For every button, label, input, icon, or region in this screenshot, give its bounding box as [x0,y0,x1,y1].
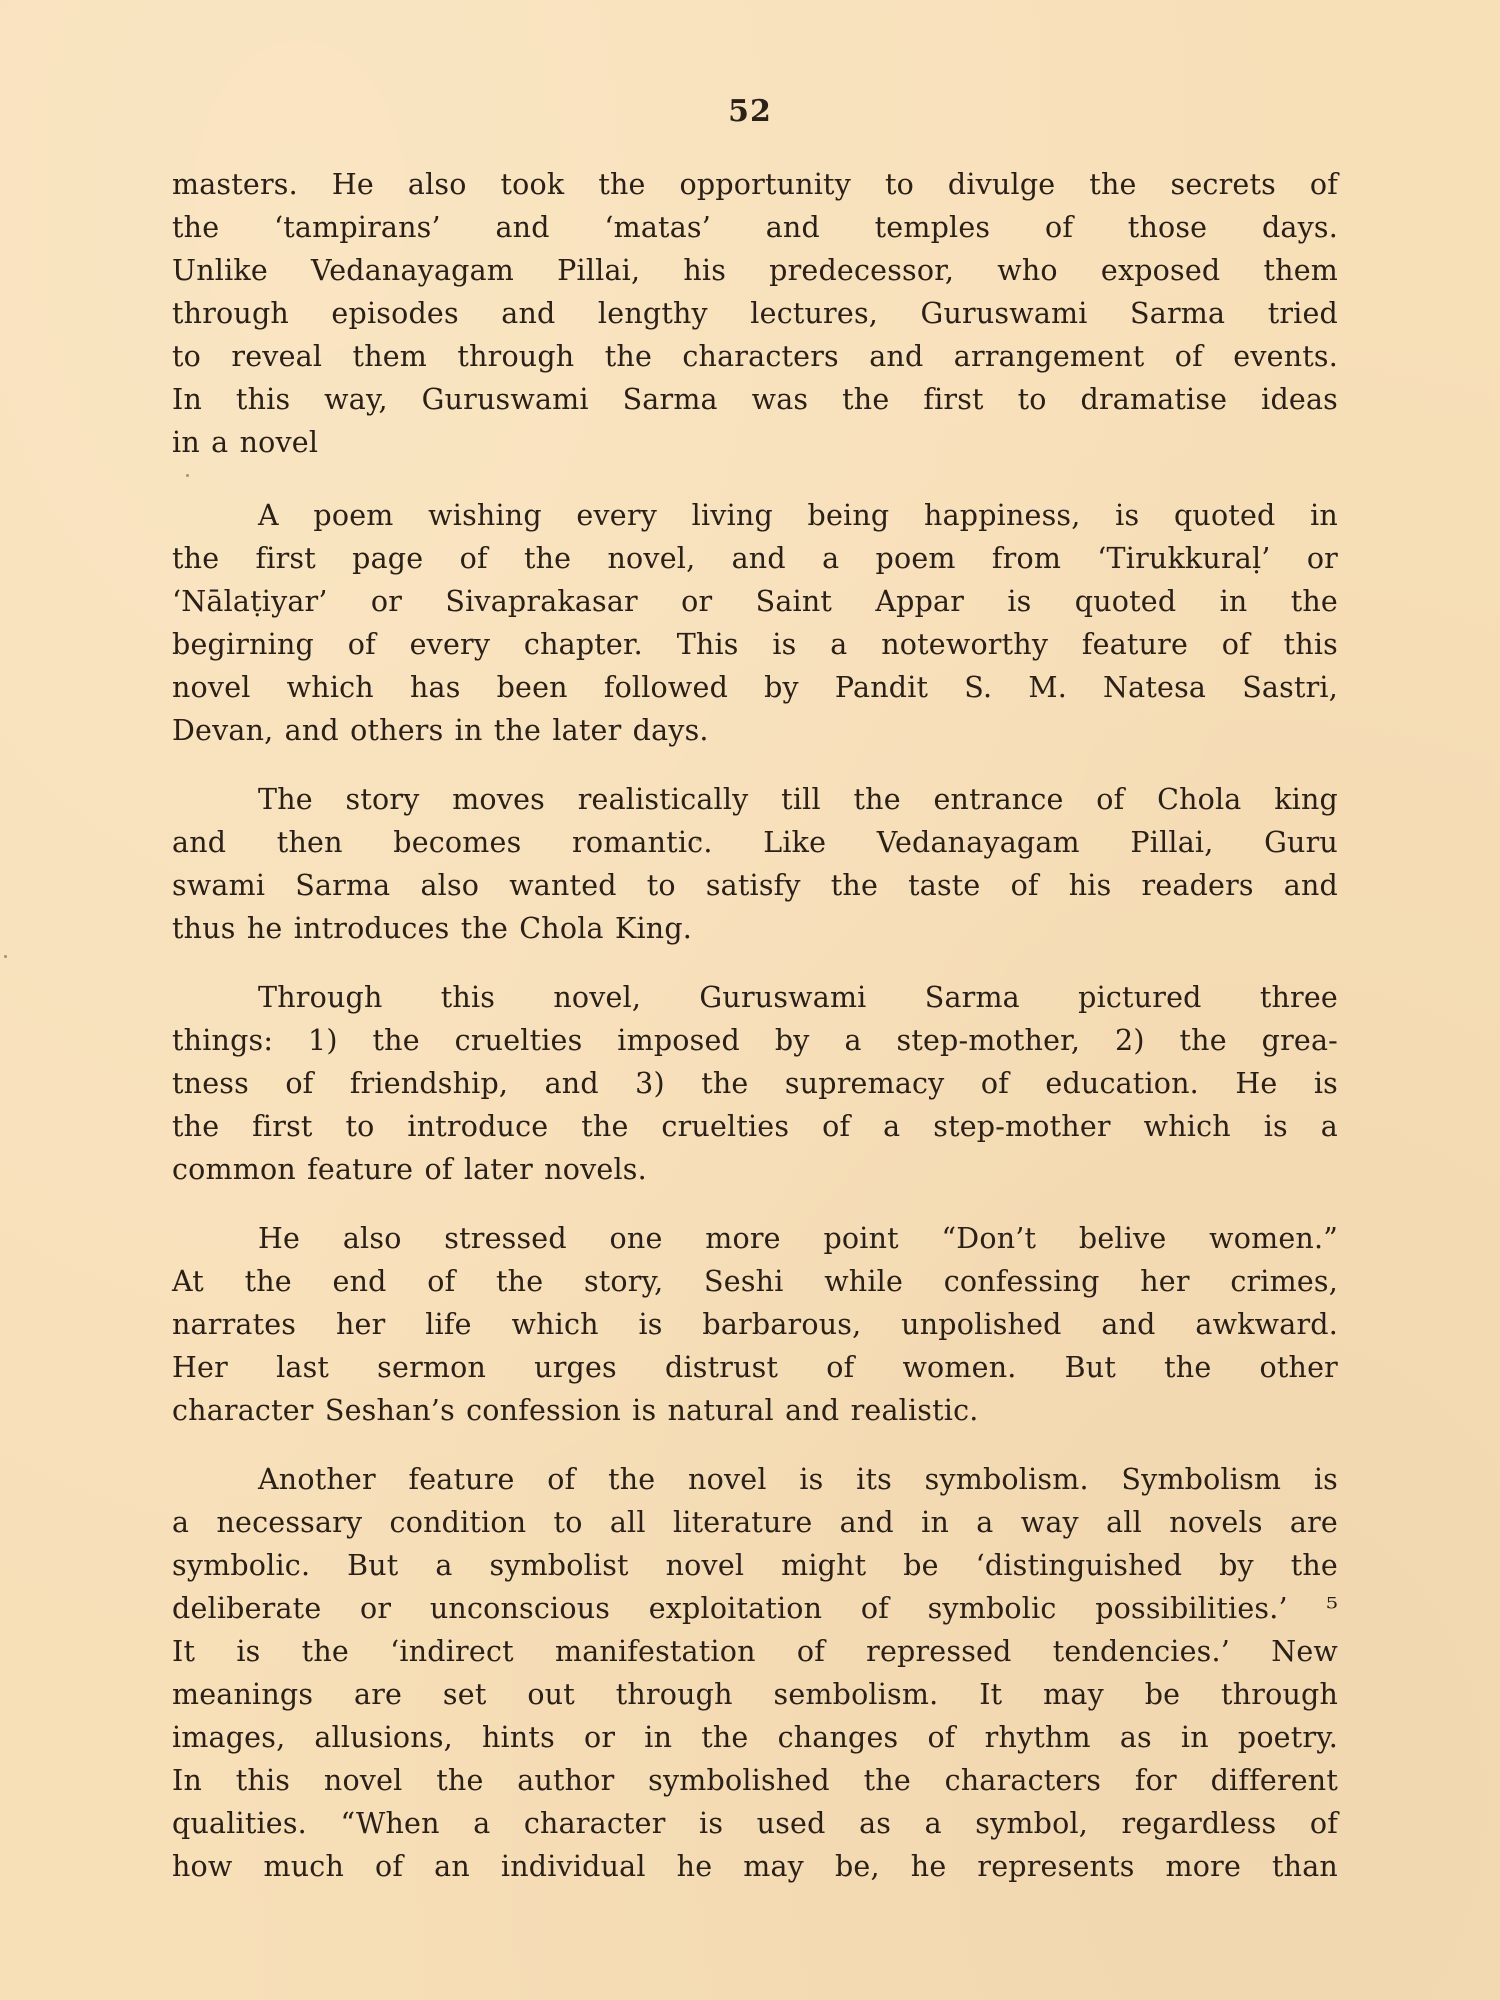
text-line: images, allusions, hints or in the chang… [172,1716,1338,1759]
text-line: It is the ‘indirect manifestation of rep… [172,1630,1338,1673]
text-line: begirning of every chapter. This is a no… [172,623,1338,666]
text-line: qualities. “When a character is used as … [172,1802,1338,1845]
text-line: to reveal them through the characters an… [172,335,1338,378]
text-line: Her last sermon urges distrust of women.… [172,1346,1338,1389]
book-page: 52 masters. He also took the opportunity… [0,0,1500,2000]
paragraph-6: Another feature of the novel is its symb… [172,1458,1338,1888]
text-line: Another feature of the novel is its symb… [172,1458,1338,1501]
text-line: Devan, and others in the later days. [172,709,1338,752]
text-line: narrates her life which is barbarous, un… [172,1303,1338,1346]
text-line: tness of friendship, and 3) the supremac… [172,1062,1338,1105]
text-line: He also stressed one more point “Don’t b… [172,1217,1338,1260]
text-line: the first to introduce the cruelties of … [172,1105,1338,1148]
paragraph-5: He also stressed one more point “Don’t b… [172,1217,1338,1432]
text-line: masters. He also took the opportunity to… [172,163,1338,206]
paragraph-1: masters. He also took the opportunity to… [172,163,1338,464]
text-line: Unlike Vedanayagam Pillai, his predecess… [172,249,1338,292]
paper-speck [4,955,7,958]
text-line: At the end of the story, Seshi while con… [172,1260,1338,1303]
text-line: A poem wishing every living being happin… [172,494,1338,537]
text-line: In this way, Guruswami Sarma was the fir… [172,378,1338,421]
text-line: ‘Nālaṭiyar’ or Sivaprakasar or Saint App… [172,580,1338,623]
text-line: character Seshan’s confession is natural… [172,1389,1338,1432]
paragraph-2: A poem wishing every living being happin… [172,494,1338,752]
text-line: deliberate or unconscious exploitation o… [172,1587,1338,1630]
text-line: In this novel the author symbolished the… [172,1759,1338,1802]
text-line: through episodes and lengthy lectures, G… [172,292,1338,335]
text-line: swami Sarma also wanted to satisfy the t… [172,864,1338,907]
text-line: common feature of later novels. [172,1148,1338,1191]
paragraph-4: Through this novel, Guruswami Sarma pict… [172,976,1338,1191]
text-line: in a novel [172,421,1338,464]
text-line: and then becomes romantic. Like Vedanaya… [172,821,1338,864]
body-text: masters. He also took the opportunity to… [172,163,1338,1888]
text-line: novel which has been followed by Pandit … [172,666,1338,709]
page-number: 52 [0,94,1500,129]
text-line: Through this novel, Guruswami Sarma pict… [172,976,1338,1019]
text-line: a necessary condition to all literature … [172,1501,1338,1544]
text-line: thus he introduces the Chola King. [172,907,1338,950]
text-line: symbolic. But a symbolist novel might be… [172,1544,1338,1587]
text-line: things: 1) the cruelties imposed by a st… [172,1019,1338,1062]
text-line: how much of an individual he may be, he … [172,1845,1338,1888]
text-line: the first page of the novel, and a poem … [172,537,1338,580]
text-line: the ‘tampirans’ and ‘matas’ and temples … [172,206,1338,249]
paragraph-3: The story moves realistically till the e… [172,778,1338,950]
text-line: meanings are set out through sembolism. … [172,1673,1338,1716]
text-line: The story moves realistically till the e… [172,778,1338,821]
